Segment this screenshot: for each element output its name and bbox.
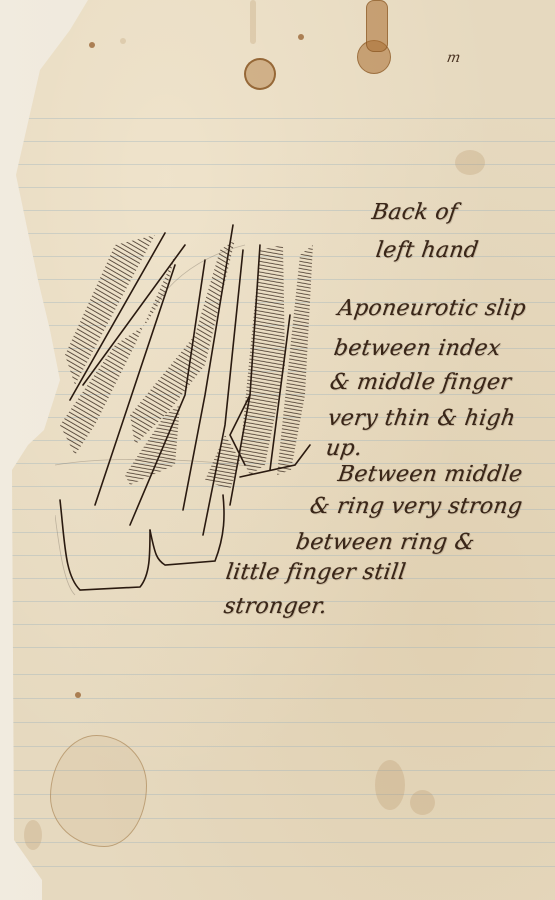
drip-trail-stain (250, 0, 256, 44)
note-line: Aponeurotic slip (336, 296, 527, 321)
ruled-line (0, 118, 555, 119)
water-tide-stain (50, 735, 147, 847)
note-line: between ring & (294, 530, 476, 555)
note-line: very thin & high (326, 406, 517, 431)
ruled-line (0, 647, 555, 648)
note-line: & middle finger (328, 370, 513, 395)
heading-line-2: left hand (374, 238, 480, 263)
ruled-line (0, 722, 555, 723)
ruled-line (0, 674, 555, 675)
top-pen-mark: m (446, 50, 462, 66)
coffee-ring-stain (244, 58, 276, 90)
drip-trail-stain (366, 0, 388, 52)
ruled-line (0, 698, 555, 699)
ruled-line (0, 187, 555, 188)
hand-tendon-sketch-icon (55, 215, 330, 605)
edge-foxing-stain (24, 820, 42, 850)
note-line: up. (324, 436, 364, 461)
note-line: Between middle (336, 462, 524, 487)
heading-line-1: Back of (370, 200, 459, 225)
ruled-line (0, 866, 555, 867)
faint-blotch-stain (455, 150, 485, 175)
ruled-line (0, 210, 555, 211)
ink-dot-stain (298, 34, 304, 40)
manuscript-page: m (0, 0, 555, 900)
note-line: between index (332, 336, 502, 361)
note-line: & ring very strong (308, 494, 524, 519)
faint-blotch-stain (375, 760, 405, 810)
ruled-line (0, 624, 555, 625)
ink-dot-stain (75, 692, 81, 698)
ruled-line (0, 141, 555, 142)
faint-dot-stain (120, 38, 126, 44)
note-line: stronger. (222, 594, 328, 619)
faint-blotch-stain (410, 790, 435, 815)
note-line: little finger still (224, 560, 407, 585)
ink-dot-stain (89, 42, 95, 48)
